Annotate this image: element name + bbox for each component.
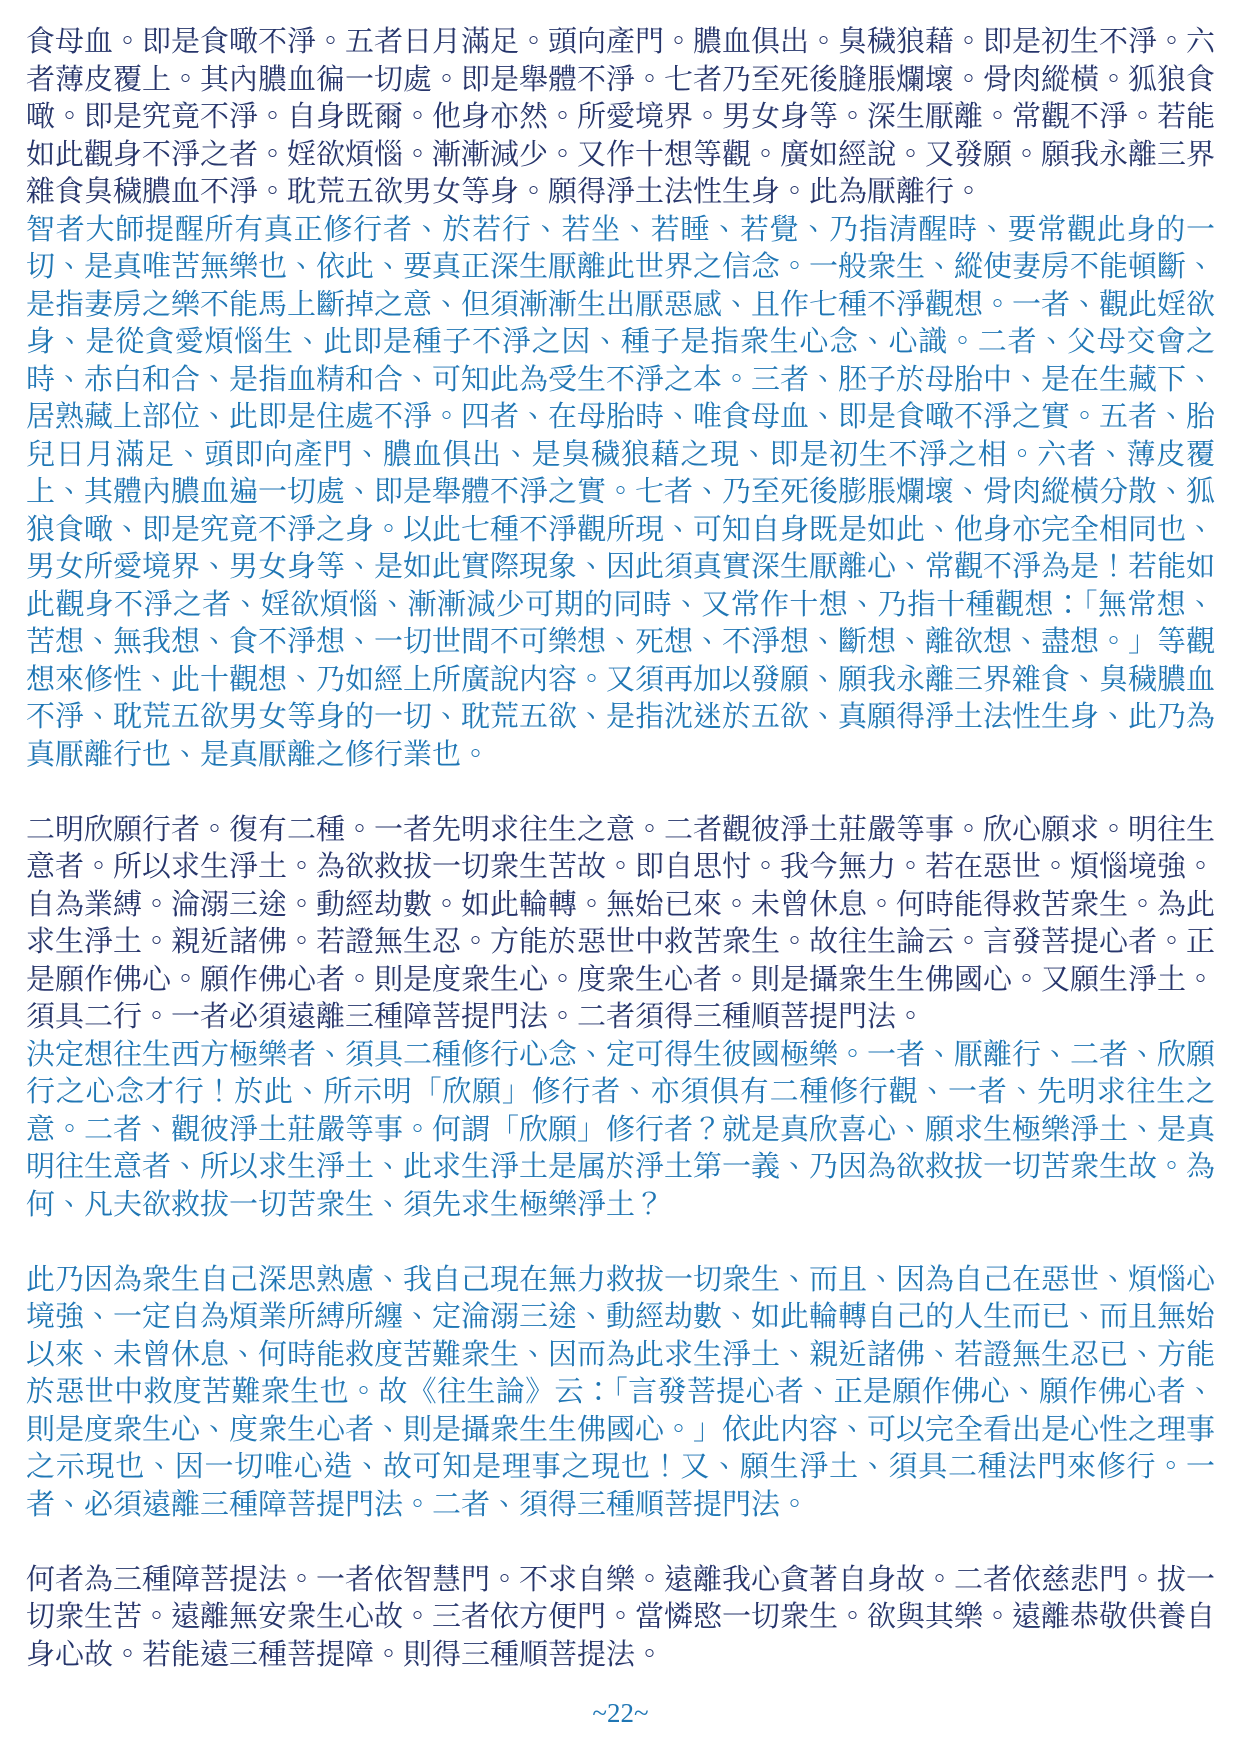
commentary-paragraph-3: 此乃因為衆生自己深思熟慮、我自己現在無力救拔一切衆生、而且、因為自己在惡世、煩惱… — [26, 1262, 1215, 1525]
sutra-original-paragraph-1: 食母血。即是食噉不淨。五者日月滿足。頭向產門。膿血俱出。臭穢狼藉。即是初生不淨。… — [26, 24, 1215, 212]
sutra-original-paragraph-3: 何者為三種障菩提法。一者依智慧門。不求自樂。遠離我心貪著自身故。二者依慈悲門。拔… — [26, 1562, 1215, 1675]
sutra-original-paragraph-2: 二明欣願行者。復有二種。一者先明求往生之意。二者觀彼淨土莊嚴等事。欣心願求。明往… — [26, 812, 1215, 1037]
commentary-paragraph-1: 智者大師提醒所有真正修行者、於若行、若坐、若睡、若覺、乃指清醒時、要常觀此身的一… — [26, 212, 1215, 775]
commentary-paragraph-2: 決定想往生西方極樂者、須具二種修行心念、定可得生彼國極樂。一者、厭離行、二者、欣… — [26, 1037, 1215, 1225]
document-page: 食母血。即是食噉不淨。五者日月滿足。頭向產門。膿血俱出。臭穢狼藉。即是初生不淨。… — [0, 0, 1241, 1755]
text-body: 食母血。即是食噉不淨。五者日月滿足。頭向產門。膿血俱出。臭穢狼藉。即是初生不淨。… — [26, 24, 1215, 1674]
page-number: ~22~ — [0, 1698, 1241, 1729]
